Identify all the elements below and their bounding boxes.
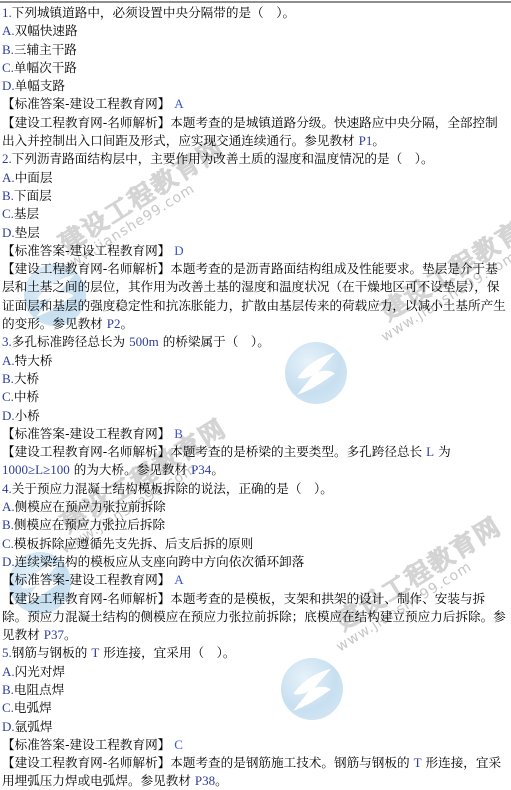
analysis-prefix: 【建设工程教育网-名师解析】 (2, 755, 170, 770)
answer-prefix: 【标准答案-建设工程教育网】 (2, 96, 170, 111)
question-option: D.氩弧焊 (2, 718, 509, 736)
answer-prefix: 【标准答案-建设工程教育网】 (2, 572, 170, 587)
question-option: C.中桥 (2, 388, 509, 406)
question-stem: 4.关于预应力混凝土结构模板拆除的说法，正确的是（ ）。 (2, 480, 509, 498)
top-divider (0, 1, 511, 3)
answer-line: 【标准答案-建设工程教育网】C (2, 736, 509, 754)
answer-line: 【标准答案-建设工程教育网】D (2, 242, 509, 260)
question-option: A.双幅快速路 (2, 22, 509, 40)
analysis-prefix: 【建设工程教育网-名师解析】 (2, 591, 170, 606)
question-option: B.三辅主干路 (2, 41, 509, 59)
answer-letter: A (174, 572, 183, 587)
question-option: B.电阻点焊 (2, 681, 509, 699)
question-option: A.特大桥 (2, 352, 509, 370)
answer-prefix: 【标准答案-建设工程教育网】 (2, 737, 170, 752)
question-stem: 1.下列城镇道路中，必须设置中央分隔带的是（ ）。 (2, 4, 509, 22)
document-page: 建设工程教育网 www.jianshe99.com 建设工程教育网 www.ji… (0, 0, 511, 790)
question-option: B.大桥 (2, 370, 509, 388)
questions-list: 1.下列城镇道路中，必须设置中央分隔带的是（ ）。 A.双幅快速路 B.三辅主干… (0, 0, 511, 790)
question-option: A.中面层 (2, 169, 509, 187)
question-stem: 5.钢筋与钢板的 T 形连接，宜采用（ ）。 (2, 644, 509, 662)
question-stem: 2.下列沥青路面结构层中，主要作用为改善土质的湿度和温度情况的是（ ）。 (2, 150, 509, 168)
question-option: D.连续梁结构的模板应从支座向跨中方向依次循环卸落 (2, 553, 509, 571)
question-option: C.模板拆除应遵循先支先拆、后支后拆的原则 (2, 535, 509, 553)
answer-letter: B (174, 426, 183, 441)
analysis-line: 【建设工程教育网-名师解析】本题考查的是桥梁的主要类型。多孔跨径总长 L 为 1… (2, 443, 509, 480)
analysis-prefix: 【建设工程教育网-名师解析】 (2, 115, 170, 130)
analysis-line: 【建设工程教育网-名师解析】本题考查的是钢筋施工技术。钢筋与钢板的 T 形连接，… (2, 754, 509, 790)
analysis-line: 【建设工程教育网-名师解析】本题考查的是沥青路面结构组成及性能要求。垫层是介于基… (2, 260, 509, 333)
question-block: 4.关于预应力混凝土结构模板拆除的说法，正确的是（ ）。 A.侧模应在预应力张拉… (2, 480, 509, 645)
analysis-prefix: 【建设工程教育网-名师解析】 (2, 261, 170, 276)
question-option: D.小桥 (2, 407, 509, 425)
answer-letter: A (174, 96, 183, 111)
answer-line: 【标准答案-建设工程教育网】A (2, 571, 509, 589)
question-stem: 3.多孔标准跨径总长为 500m 的桥梁属于（ ）。 (2, 333, 509, 351)
question-option: A.侧模应在预应力张拉前拆除 (2, 498, 509, 516)
question-block: 2.下列沥青路面结构层中，主要作用为改善土质的湿度和温度情况的是（ ）。 A.中… (2, 150, 509, 333)
question-option: C.电弧焊 (2, 699, 509, 717)
answer-line: 【标准答案-建设工程教育网】A (2, 95, 509, 113)
analysis-line: 【建设工程教育网-名师解析】本题考查的是模板，支架和拱架的设计、制作、安装与拆除… (2, 590, 509, 645)
answer-line: 【标准答案-建设工程教育网】B (2, 425, 509, 443)
answer-prefix: 【标准答案-建设工程教育网】 (2, 426, 170, 441)
answer-letter: D (174, 243, 183, 258)
question-option: A.闪光对焊 (2, 663, 509, 681)
question-option: B.侧模应在预应力张拉后拆除 (2, 516, 509, 534)
question-option: D.垫层 (2, 224, 509, 242)
question-option: B.下面层 (2, 187, 509, 205)
answer-prefix: 【标准答案-建设工程教育网】 (2, 243, 170, 258)
analysis-line: 【建设工程教育网-名师解析】本题考查的是城镇道路分级。快速路应中央分隔，全部控制… (2, 114, 509, 151)
analysis-prefix: 【建设工程教育网-名师解析】 (2, 444, 170, 459)
question-option: C.基层 (2, 205, 509, 223)
question-option: C.单幅次干路 (2, 59, 509, 77)
question-block: 3.多孔标准跨径总长为 500m 的桥梁属于（ ）。 A.特大桥 B.大桥 C.… (2, 333, 509, 479)
answer-letter: C (174, 737, 183, 752)
question-block: 5.钢筋与钢板的 T 形连接，宜采用（ ）。 A.闪光对焊 B.电阻点焊 C.电… (2, 644, 509, 790)
question-block: 1.下列城镇道路中，必须设置中央分隔带的是（ ）。 A.双幅快速路 B.三辅主干… (2, 4, 509, 150)
question-option: D.单幅支路 (2, 77, 509, 95)
